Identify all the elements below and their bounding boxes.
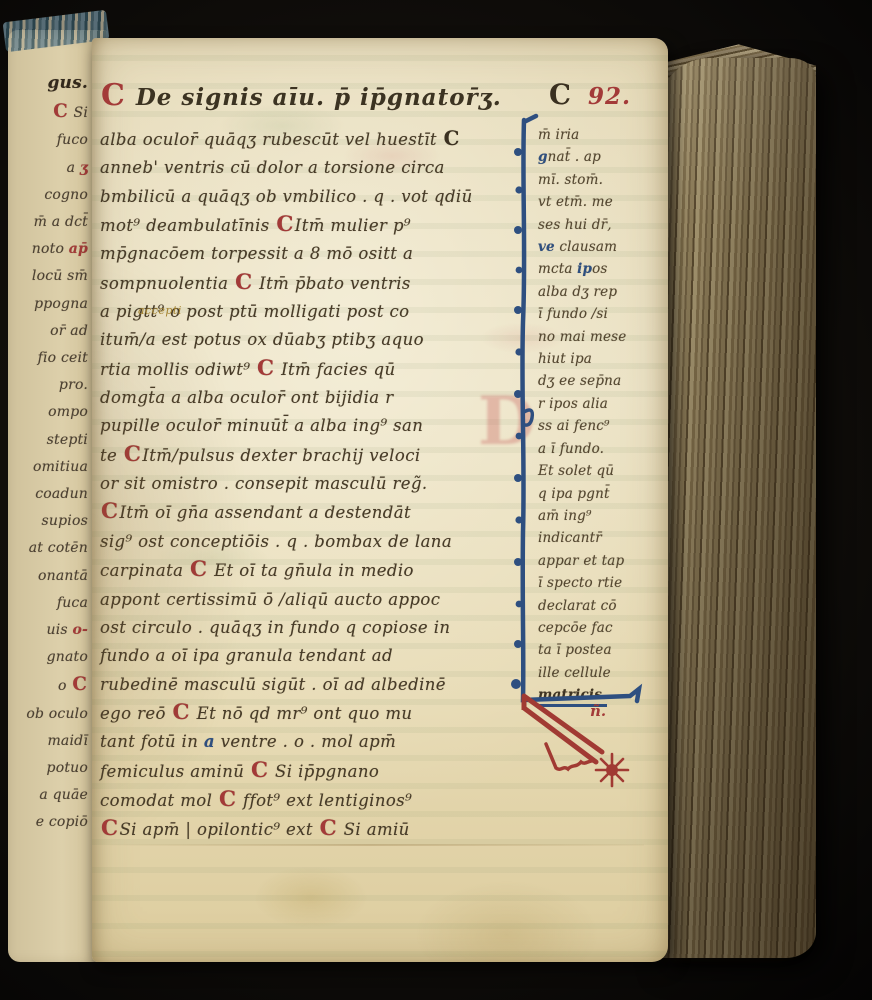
main-text-line: fundo a oī ipa granula tendant ad	[100, 642, 542, 670]
text-run: or sit omistro . consepit masculū reg̃.	[100, 474, 428, 493]
text-run: ī fundo /si	[538, 306, 608, 322]
text-run: Si apm̄ | opilontic⁹ ext	[119, 820, 318, 839]
text-run: ip	[577, 261, 592, 277]
margin-note-line: Et solet qū	[538, 460, 666, 482]
text-run: m̄ a dct̄	[34, 214, 88, 230]
text-run: m̄ iria	[538, 127, 579, 143]
previous-page-text-line: ompo	[0, 399, 88, 426]
text-run: ve	[538, 239, 555, 255]
text-run: cogno	[44, 187, 88, 203]
interlinear-gloss: accepti	[138, 304, 182, 317]
marginal-notes-column: m̄ iriagnat̄ . apmī. stom̄.vt etm̄. mese…	[538, 124, 666, 707]
text-run: r ipos alia	[538, 396, 608, 412]
text-run: ss ai fenc⁹	[538, 418, 610, 434]
text-run: maidī	[47, 733, 88, 749]
text-run: pro.	[59, 377, 88, 393]
margin-note-line: mcta ipos	[538, 258, 666, 280]
main-text-line: pupille oculor̄ minuūt̄ a alba ing⁹ san	[100, 412, 542, 440]
text-run: at cotēn	[29, 540, 88, 556]
text-run: C	[53, 101, 68, 122]
text-run: Si	[69, 105, 88, 121]
manuscript-page: C De signis aīu. p̄ ip̄gnator̄ʒ. C 92. D…	[92, 38, 668, 962]
text-run: C	[219, 787, 236, 812]
margin-note-line: ss ai fenc⁹	[538, 415, 666, 437]
text-run: locū sm̄	[32, 268, 88, 284]
previous-page-text-line: pro.	[0, 372, 88, 399]
previous-page-text-column: gus.C Sifucoa ʒcognom̄ a dct̄noto ap̄loc…	[0, 70, 88, 837]
text-run: rtia mollis odiwt⁹	[100, 360, 256, 379]
text-run: a	[204, 732, 215, 751]
previous-page-text-line: at cotēn	[0, 535, 88, 562]
page-number-group: C 92.	[548, 78, 631, 111]
text-run: Itm̄/pulsus dexter brachij veloci	[142, 446, 420, 465]
page-number: 92.	[588, 83, 631, 110]
text-run: Si amiū	[338, 820, 410, 839]
chapter-title: De signis aīu. p̄ ip̄gnator̄ʒ.	[136, 84, 502, 111]
text-run: sompnuolentia	[100, 274, 234, 293]
main-text-line: ost circulo . quāqʒ in fundo q copiose i…	[100, 614, 542, 642]
text-run: ego reō	[100, 704, 172, 723]
main-text-line: domgt̄a a alba oculor̄ ont bijidia r	[100, 384, 542, 412]
margin-note-line: r ipos alia	[538, 393, 666, 415]
text-run: e copiō	[36, 814, 88, 830]
page-crease	[96, 844, 644, 846]
text-run: declarat cō	[538, 598, 617, 614]
previous-page-text-line: m̄ a dct̄	[0, 209, 88, 236]
text-run: C	[276, 212, 293, 237]
previous-page-text-line: a ʒ	[0, 155, 88, 182]
margin-note-line: ī fundo /si	[538, 303, 666, 325]
previous-page-text-line: gus.	[0, 70, 88, 98]
main-text-line: femiculus aminū C Si ip̄pgnano	[100, 757, 542, 786]
text-run: C	[257, 356, 274, 381]
margin-note-line: ve clausam	[538, 236, 666, 258]
text-run: sig⁹ ost conceptiōis . q . bombax de lan…	[100, 532, 452, 551]
main-text-line: tant fotū in a ventre . o . mol apm̄	[100, 728, 542, 756]
text-run: gnato	[47, 649, 88, 665]
text-run: te	[100, 446, 123, 465]
previous-page-text-line: fio ceit	[0, 345, 88, 372]
text-run: dʒ ee sep̄na	[538, 373, 621, 389]
main-text-line: ego reō C Et nō qd mr⁹ ont quo mu	[100, 699, 542, 728]
text-run: a	[67, 160, 80, 176]
main-text-line: comodat mol C ffot⁹ ext lentiginos⁹	[100, 786, 542, 815]
main-text-line: CItm̄ oī gn̄a assendant a destendāt	[100, 498, 542, 527]
text-run: a quāe	[39, 787, 88, 803]
text-run: alba oculor̄ quāqʒ rubescūt vel huestīt	[100, 130, 443, 149]
main-text-block: alba oculor̄ quāqʒ rubescūt vel huestīt …	[100, 124, 542, 845]
margin-note-line: no mai mese	[538, 326, 666, 348]
text-run: cepcōe fac	[538, 620, 613, 636]
margin-note-line: appar et tap	[538, 550, 666, 572]
main-text-line: mot⁹ deambulatīnis CItm̄ mulier p⁹	[100, 211, 542, 240]
main-text-line: carpinata C Et oī ta gn̄ula in medio	[100, 556, 542, 585]
text-run: onantā	[38, 568, 88, 584]
text-run: o-	[72, 622, 88, 638]
text-run: fio ceit	[38, 350, 88, 366]
text-run: gus.	[47, 73, 88, 93]
main-text-line: appont certissimū ō /aliqū aucto appoc	[100, 586, 542, 614]
previous-page-text-line: stepti	[0, 427, 88, 454]
text-run: C	[444, 126, 460, 150]
previous-page-text-line: C Si	[0, 98, 88, 127]
text-run: ffot⁹ ext lentiginos⁹	[237, 791, 412, 810]
main-text-line: rtia mollis odiwt⁹ C Itm̄ facies qū	[100, 355, 542, 384]
margin-note-line: m̄ iria	[538, 124, 666, 146]
text-run: rubedinē masculū sigūt . oī ad albedinē	[100, 675, 446, 694]
text-run: fundo a oī ipa granula tendant ad	[100, 646, 393, 665]
text-run: ppogna	[34, 296, 88, 312]
margin-note-line: ta ī postea	[538, 639, 666, 661]
previous-page-text-line: cogno	[0, 182, 88, 209]
text-run: ʒ	[80, 160, 88, 176]
text-run: stepti	[47, 432, 88, 448]
previous-page-text-line: fuco	[0, 127, 88, 154]
main-text-line: bmbilicū a quāqʒ ob vmbilico . q . vot q…	[100, 183, 542, 211]
text-run: C	[124, 442, 141, 467]
previous-page-text-line: noto ap̄	[0, 236, 88, 263]
text-run: ille cellule	[538, 665, 611, 681]
previous-page-text-line: supios	[0, 508, 88, 535]
text-run: comodat mol	[100, 791, 218, 810]
previous-page-text-line: onantā	[0, 563, 88, 590]
text-run: nat̄ . ap	[548, 149, 601, 165]
text-run: hiut ipa	[538, 351, 592, 367]
text-run: mcta	[538, 261, 577, 277]
text-run: Itm̄ facies qū	[275, 360, 395, 379]
previous-page-text-line: fuca	[0, 590, 88, 617]
margin-note-line: cepcōe fac	[538, 617, 666, 639]
main-text-line: itum̄/a est potus ox dūabʒ ptibʒ aquo	[100, 326, 542, 354]
main-text-line: te CItm̄/pulsus dexter brachij veloci	[100, 441, 542, 470]
previous-page-text-line: potuo	[0, 755, 88, 782]
text-run: Et oī ta gn̄ula in medio	[208, 561, 413, 580]
page-header: C De signis aīu. p̄ ip̄gnator̄ʒ. C 92.	[100, 78, 660, 113]
text-run: am̄ ing⁹	[538, 508, 592, 524]
text-run: Et nō qd mr⁹ ont quo mu	[191, 704, 412, 723]
text-run: Itm̄ p̄bato ventris	[254, 274, 411, 293]
previous-page-text-line: or̄ ad	[0, 318, 88, 345]
margin-note-line: gnat̄ . ap	[538, 146, 666, 168]
text-run: C	[101, 816, 118, 841]
margin-note-line: hiut ipa	[538, 348, 666, 370]
main-text-line: rubedinē masculū sigūt . oī ad albedinē	[100, 671, 542, 699]
text-run: vt etm̄. me	[538, 194, 613, 210]
text-run: indicantr̄	[538, 530, 602, 546]
text-run: os	[592, 261, 607, 277]
text-run: ī specto rtie	[538, 575, 622, 591]
text-run: ost circulo . quāqʒ in fundo q copiose i…	[100, 618, 450, 637]
text-run: appar et tap	[538, 553, 624, 569]
previous-page-text-line: e copiō	[0, 809, 88, 836]
header-capitulum-mark: C	[101, 78, 126, 113]
margin-note-line: dʒ ee sep̄na	[538, 370, 666, 392]
text-run: fuca	[57, 595, 88, 611]
text-run: alba dʒ rep	[538, 284, 617, 300]
margin-note-line: indicantr̄	[538, 527, 666, 549]
text-run: domgt̄a a alba oculor̄ ont bijidia r	[100, 388, 393, 407]
text-run: mot⁹ deambulatīnis	[100, 216, 275, 235]
previous-page-text-line: ob oculo	[0, 701, 88, 728]
text-run: C	[320, 816, 337, 841]
text-run: omitiua	[33, 459, 88, 475]
text-run: ob oculo	[26, 706, 88, 722]
text-run: potuo	[47, 760, 88, 776]
text-run: C	[173, 700, 190, 725]
previous-page-text-line: locū sm̄	[0, 263, 88, 290]
text-run: supios	[42, 513, 88, 529]
text-run: bmbilicū a quāqʒ ob vmbilico . q . vot q…	[100, 187, 473, 206]
previous-page-text-line: coadun	[0, 481, 88, 508]
main-text-line: alba oculor̄ quāqʒ rubescūt vel huestīt …	[100, 124, 542, 154]
text-run: mī. stom̄.	[538, 172, 603, 188]
margin-note-line: q ipa pgnt̄	[538, 483, 666, 505]
text-run: C	[72, 674, 87, 695]
margin-note-line: ille cellule	[538, 662, 666, 684]
main-text-line: anneb' ventris cū dolor a torsione circa	[100, 154, 542, 182]
text-run: tant fotū in	[100, 732, 204, 751]
text-run: itum̄/a est potus ox dūabʒ ptibʒ aquo	[100, 330, 424, 349]
fore-edge-pages	[654, 58, 816, 958]
margin-note-line: ses hui dr̄,	[538, 214, 666, 236]
margin-note-line: vt etm̄. me	[538, 191, 666, 213]
text-run: mp̄gnacōem torpessit a 8 mō ositt a	[100, 244, 413, 263]
previous-page-text-line: maidī	[0, 728, 88, 755]
margin-note-line: declarat cō	[538, 595, 666, 617]
margin-note-line: mī. stom̄.	[538, 169, 666, 191]
text-run: ventre . o . mol apm̄	[215, 732, 396, 751]
text-run: coadun	[35, 486, 88, 502]
red-margin-note: ñ.	[590, 702, 606, 720]
text-run: Et solet qū	[538, 463, 614, 479]
text-run: o	[58, 678, 71, 694]
main-text-line: sig⁹ ost conceptiōis . q . bombax de lan…	[100, 528, 542, 556]
manuscript-photo: gus.C Sifucoa ʒcognom̄ a dct̄noto ap̄loc…	[0, 0, 872, 1000]
text-run: C	[101, 499, 118, 524]
text-run: ta ī postea	[538, 642, 612, 658]
previous-page-text-line: gnato	[0, 644, 88, 671]
text-run: C	[251, 758, 268, 783]
text-run: uis	[47, 622, 73, 638]
margin-note-line: am̄ ing⁹	[538, 505, 666, 527]
text-run: ap̄	[69, 241, 88, 257]
previous-page-text-line: omitiua	[0, 454, 88, 481]
previous-page-text-line: o C	[0, 671, 88, 700]
text-run: appont certissimū ō /aliqū aucto appoc	[100, 590, 440, 609]
text-run: clausam	[555, 239, 617, 255]
text-run: femiculus aminū	[100, 762, 250, 781]
main-text-line: mp̄gnacōem torpessit a 8 mō ositt a	[100, 240, 542, 268]
text-run: g	[538, 149, 548, 165]
text-run: anneb' ventris cū dolor a torsione circa	[100, 158, 445, 177]
margin-note-line: a ī fundo.	[538, 438, 666, 460]
text-run: no mai mese	[538, 329, 626, 345]
text-run: carpinata	[100, 561, 189, 580]
text-run: C	[235, 270, 252, 295]
text-run: Itm̄ mulier p⁹	[295, 216, 411, 235]
text-run: noto	[32, 241, 69, 257]
text-run: Itm̄ oī gn̄a assendant a destendāt	[119, 503, 411, 522]
text-run: q ipa pgnt̄	[538, 486, 610, 502]
margin-note-line: ī specto rtie	[538, 572, 666, 594]
text-run: ompo	[48, 404, 88, 420]
text-run: Si ip̄pgnano	[269, 762, 379, 781]
text-run: fuco	[57, 132, 88, 148]
previous-page-text-line: ppogna	[0, 291, 88, 318]
text-run: ses hui dr̄,	[538, 217, 612, 233]
page-number-capitulum-mark: C	[549, 78, 572, 111]
main-text-line: sompnuolentia C Itm̄ p̄bato ventris	[100, 269, 542, 298]
main-text-line: or sit omistro . consepit masculū reg̃.	[100, 470, 542, 498]
previous-page-text-line: a quāe	[0, 782, 88, 809]
margin-note-line: alba dʒ rep	[538, 281, 666, 303]
text-run: a ī fundo.	[538, 441, 604, 457]
text-run: or̄ ad	[50, 323, 88, 339]
text-run: pupille oculor̄ minuūt̄ a alba ing⁹ san	[100, 416, 423, 435]
previous-page-text-line: uis o-	[0, 617, 88, 644]
text-run: C	[190, 557, 207, 582]
main-text-line: CSi apm̄ | opilontic⁹ ext C Si amiū	[100, 815, 542, 844]
